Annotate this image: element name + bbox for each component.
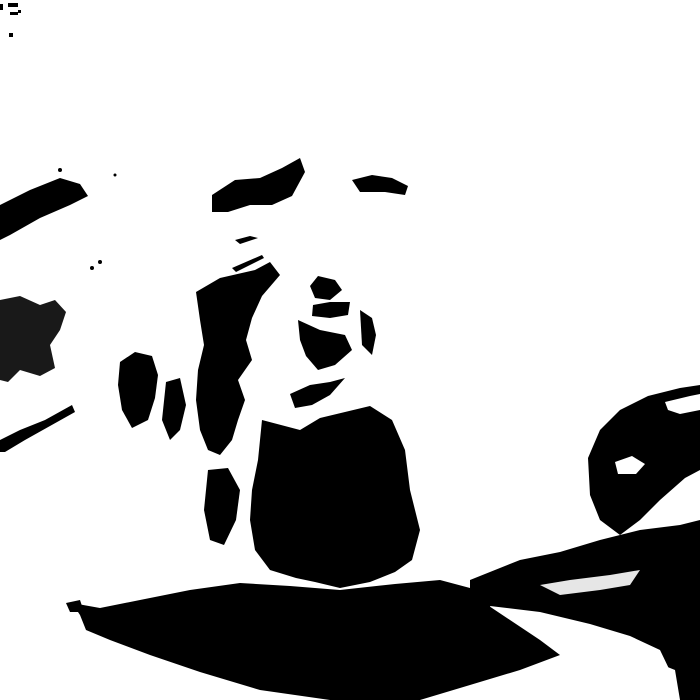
right-eye-region	[588, 385, 700, 535]
left-ear-shadow	[118, 262, 280, 455]
forehead-marks	[212, 158, 408, 272]
left-background-texture	[0, 168, 117, 452]
central-animal-face	[290, 276, 376, 408]
photo-canvas: High-contrast thresholded black-and-whit…	[0, 0, 700, 700]
chest-dark-patch	[204, 406, 420, 588]
top-left-specks	[0, 3, 21, 37]
binarized-photo	[0, 0, 700, 700]
